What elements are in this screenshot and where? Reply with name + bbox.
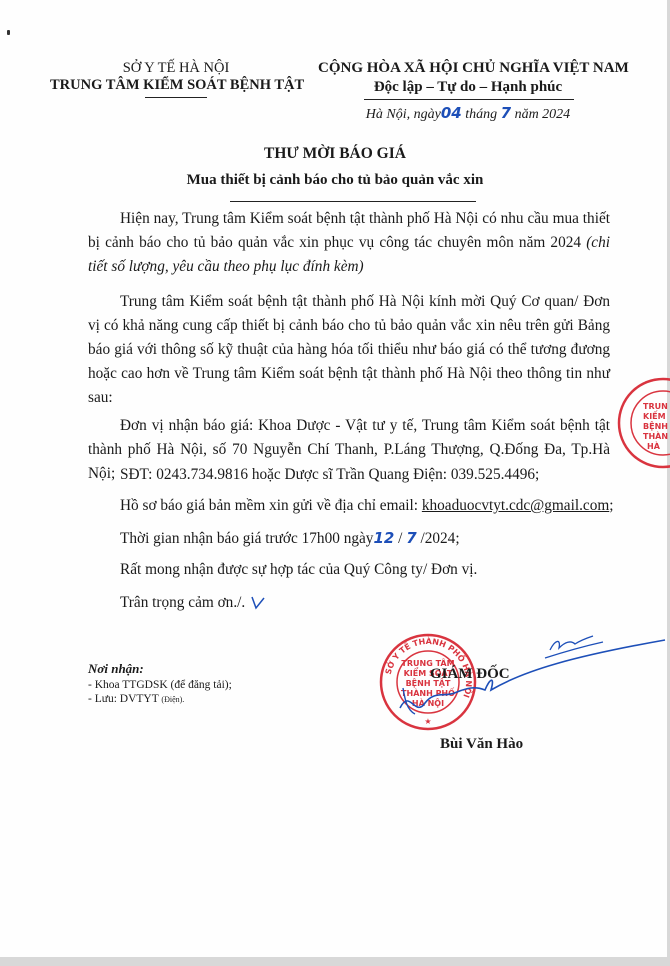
signatory-name: Bùi Văn Hào: [440, 736, 523, 753]
closing-thanks-text: Trân trọng cảm ơn./.: [120, 594, 245, 611]
nation-title: CỘNG HÒA XÃ HỘI CHỦ NGHĨA VIỆT NAM: [318, 60, 618, 77]
national-motto: Độc lập – Tự do – Hạnh phúc: [318, 79, 618, 96]
date-month-label: tháng: [465, 107, 497, 122]
date-year: năm 2024: [515, 107, 571, 122]
deadline-year: /2024;: [417, 530, 460, 547]
closing-cooperation: Rất mong nhận được sự hợp tác của Quý Cô…: [120, 561, 477, 579]
email-label: Hồ sơ báo giá bản mềm xin gửi về địa chỉ…: [120, 497, 422, 514]
org-underline: [145, 97, 207, 98]
document-page: SỞ Y TẾ HÀ NỘI TRUNG TÂM KIỂM SOÁT BỆNH …: [0, 0, 667, 957]
svg-text:TRUN: TRUN: [643, 402, 668, 411]
document-date: Hà Nội, ngày04 tháng 7 năm 2024: [318, 104, 618, 123]
org-parent: SỞ Y TẾ HÀ NỘI: [60, 60, 292, 77]
paragraph-intro: Hiện nay, Trung tâm Kiểm soát bệnh tật t…: [88, 207, 610, 279]
svg-text:HÀ: HÀ: [647, 440, 661, 451]
recipient-item-note: (Điện).: [161, 695, 184, 704]
deadline-day-handwritten: 12: [373, 529, 394, 547]
document-subtitle: Mua thiết bị cảnh báo cho tủ bảo quản vắ…: [0, 172, 670, 189]
svg-text:THÀN: THÀN: [643, 430, 668, 441]
recipient-item: - Lưu: DVTYT (Điện).: [88, 693, 184, 705]
closing-thanks: Trân trọng cảm ơn./.: [120, 593, 267, 612]
contact-email-line: Hồ sơ báo giá bản mềm xin gửi về địa chỉ…: [120, 497, 614, 515]
signature-icon: [395, 628, 670, 728]
email-suffix: ;: [609, 497, 613, 514]
recipient-item: - Khoa TTGDSK (để đăng tải);: [88, 679, 232, 691]
scan-speck: [7, 30, 10, 35]
recipient-item-text: - Khoa TTGDSK (để đăng tải);: [88, 679, 232, 691]
date-prefix: Hà Nội, ngày: [366, 107, 441, 122]
recipients-title: Nơi nhận:: [88, 661, 144, 677]
deadline-month-handwritten: 7: [406, 529, 416, 547]
deadline-separator: /: [394, 530, 406, 547]
org-name: TRUNG TÂM KIỂM SOÁT BỆNH TẬT: [50, 77, 302, 94]
initial-mark-icon: [249, 593, 267, 611]
edge-stamp-icon: TRUN KIẾM BỆNH THÀN HÀ: [615, 375, 670, 475]
svg-text:BỆNH: BỆNH: [643, 421, 668, 431]
email-link[interactable]: khoaduocvtyt.cdc@gmail.com: [422, 497, 609, 514]
title-underline: [230, 201, 476, 202]
paragraph-intro-text: Hiện nay, Trung tâm Kiểm soát bệnh tật t…: [88, 210, 610, 251]
deadline-label: Thời gian nhận báo giá trước 17h00 ngày: [120, 530, 373, 547]
date-month-handwritten: 7: [501, 104, 511, 122]
recipient-item-text: - Lưu: DVTYT: [88, 693, 161, 705]
document-title: THƯ MỜI BÁO GIÁ: [0, 145, 670, 163]
contact-phone: SĐT: 0243.734.9816 hoặc Dược sĩ Trần Qua…: [120, 466, 539, 484]
date-day-handwritten: 04: [441, 104, 462, 122]
paragraph-invitation: Trung tâm Kiểm soát bệnh tật thành phố H…: [88, 290, 610, 410]
deadline-line: Thời gian nhận báo giá trước 17h00 ngày1…: [120, 529, 460, 548]
motto-underline: [364, 99, 574, 100]
